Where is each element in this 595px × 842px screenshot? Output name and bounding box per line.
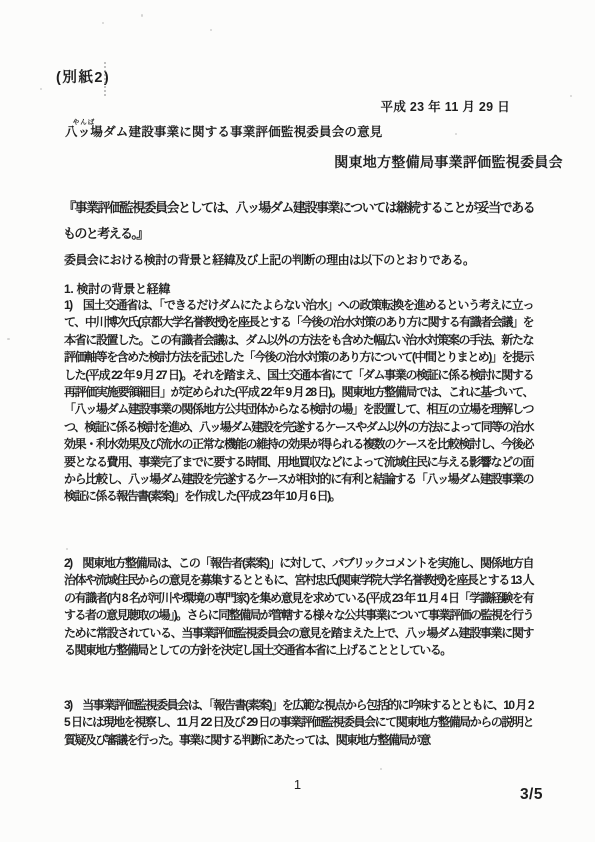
scan-speckle [380, 768, 382, 770]
scan-speckle [570, 95, 572, 97]
title-ruby-base: 八ッ場 [65, 125, 103, 139]
scan-speckle [455, 133, 457, 135]
title-rest: ダム建設事業に関する事業評価監視委員会の意見 [103, 125, 382, 139]
section1-heading: 1. 検討の背景と経緯 [64, 280, 170, 297]
paragraph-1: 1) 国土交通省は、「できるだけダムにたよらない治水」への政策転換を進めるという… [64, 297, 533, 506]
scan-artifact-mark [104, 62, 106, 96]
date-line: 平成 23 年 11 月 29 日 [381, 97, 510, 115]
paragraph-2: 2) 関東地方整備局は、この「報告者(素案)」に対して、パブリックコメントを実施… [64, 555, 533, 659]
scan-speckle [102, 22, 104, 24]
scan-speckle [141, 14, 143, 17]
attachment-label: (別紙2) [56, 66, 110, 87]
scan-speckle [7, 338, 10, 340]
paragraph-3: 3) 当事業評価監視委員会は、「報告書(素案)」を広範な視点から包括的に吟味する… [64, 697, 533, 749]
committee-line: 関東地方整備局事業評価監視委員会 [334, 152, 563, 172]
sheet-number: 3/5 [520, 786, 543, 804]
statement-quote: 『事業評価監視委員会としては、八ッ場ダム建設事業については継続することが妥当であ… [63, 195, 534, 247]
scan-speckle [136, 448, 139, 451]
page-number: 1 [0, 777, 595, 792]
scan-speckle [210, 29, 212, 31]
scan-speckle [40, 88, 42, 90]
title-ruby: 八ッ場やんば [65, 125, 103, 139]
scanned-document-page: (別紙2) 平成 23 年 11 月 29 日 八ッ場やんばダム建設事業に関する… [0, 0, 595, 842]
document-title: 八ッ場やんばダム建設事業に関する事業評価監視委員会の意見 [65, 119, 383, 140]
intro-line: 委員会における検討の背景と経緯及び上記の判断の理由は以下のとおりである。 [64, 251, 474, 268]
title-ruby-text: やんば [65, 119, 103, 126]
scan-speckle [66, 548, 68, 550]
